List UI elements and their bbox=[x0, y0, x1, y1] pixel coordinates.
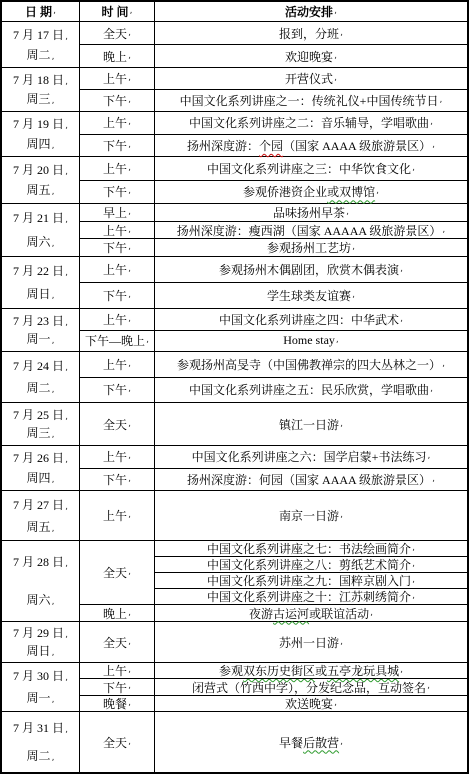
date-cell: 7 月 28 日,周六, bbox=[2, 541, 80, 621]
header-time: 时 间, bbox=[80, 2, 155, 21]
time-text: 晚上 bbox=[103, 48, 127, 65]
weekday-label: 周六, bbox=[27, 591, 55, 608]
date-cell: 7 月 27 日,周五, bbox=[2, 491, 80, 540]
slot-rows: 上午,中国文化系列讲座之六：国学启蒙+书法练习,下午,扬州深度游：何园（国家 A… bbox=[80, 446, 467, 490]
activity-text: 或联谊活动 bbox=[309, 605, 369, 622]
date-label: 7 月 23 日, bbox=[13, 312, 68, 329]
slot-rows: 上午,南京一日游, bbox=[80, 491, 467, 540]
activity-text: 报到，分班 bbox=[279, 25, 339, 42]
slot-rows: 全天,苏州一日游, bbox=[80, 622, 467, 662]
activity-column: 扬州深度游：瘦西湖（国家 AAAAA 级旅游景区）, bbox=[155, 222, 467, 239]
paragraph-mark: , bbox=[52, 597, 55, 607]
slot-row: 下午—晚上,Home stay, bbox=[80, 330, 467, 352]
activity-cell: 南京一日游, bbox=[155, 491, 467, 540]
time-text: 上午 bbox=[103, 356, 127, 373]
paragraph-mark: , bbox=[52, 753, 55, 763]
paragraph-mark: , bbox=[65, 673, 68, 683]
slot-rows: 上午,参观扬州高旻寺（中国佛教禅宗的四大丛林之一）,下午,中国文化系列讲座之五：… bbox=[80, 352, 467, 402]
activity-column: 闭营式（竹西中学），分发纪念品，互动签名, bbox=[155, 679, 467, 694]
activity-text: 中国文化系列讲座之九：国粹京剧入门 bbox=[207, 572, 411, 589]
slot-row: 下午,扬州深度游：个园（国家 AAAA 级旅游景区）, bbox=[80, 134, 467, 157]
paragraph-mark: , bbox=[128, 208, 131, 217]
header-activity: 活动安排, bbox=[155, 2, 467, 21]
time-text: 全天 bbox=[103, 734, 127, 751]
paragraph-mark: , bbox=[340, 29, 343, 38]
paragraph-mark: , bbox=[432, 475, 435, 484]
time-text: 上午 bbox=[103, 222, 127, 239]
activity-text: 双东历史街区 bbox=[243, 662, 315, 679]
paragraph-mark: , bbox=[427, 682, 430, 691]
time-cell: 上午, bbox=[80, 222, 155, 239]
time-text: 上午 bbox=[103, 261, 127, 278]
date-cell: 7 月 20 日,周五, bbox=[2, 157, 80, 203]
date-label: 7 月 27 日, bbox=[13, 496, 68, 513]
day-row: 7 月 26 日,周四,上午,中国文化系列讲座之六：国学启蒙+书法练习,下午,扬… bbox=[2, 445, 467, 490]
time-text: 下午 bbox=[103, 381, 127, 398]
weekday-label: 周三, bbox=[27, 90, 55, 107]
slot-row: 晚餐,欢送晚宴, bbox=[80, 695, 467, 711]
activity-text: 中国文化系列讲座之二：音乐辅导，学唱歌曲 bbox=[189, 114, 429, 131]
activity-text: 参观扬州工艺坊 bbox=[267, 239, 351, 256]
day-row: 7 月 24 日,周二,上午,参观扬州高旻寺（中国佛教禅宗的四大丛林之一）,下午… bbox=[2, 351, 467, 402]
time-text: 晚上 bbox=[103, 605, 127, 622]
day-row: 7 月 17 日,周二,全天,报到，分班,晚上,欢迎晚宴, bbox=[2, 21, 467, 67]
paragraph-mark: , bbox=[65, 725, 68, 735]
slot-row: 晚上,欢迎晚宴, bbox=[80, 44, 467, 67]
activity-column: 中国文化系列讲座之五：民乐欣赏，学唱歌曲, bbox=[155, 378, 467, 403]
activity-text: 扬州深度游：瘦西湖（国家 AAAAA 级旅游景区） bbox=[177, 222, 442, 239]
paragraph-mark: , bbox=[128, 164, 131, 173]
time-cell: 上午, bbox=[80, 68, 155, 89]
activity-text: 欢送晚宴 bbox=[285, 695, 333, 712]
activity-text: 中国文化系列讲座之八：剪纸艺术简介 bbox=[207, 556, 411, 573]
slot-row: 早上,品味扬州早茶, bbox=[80, 204, 467, 221]
date-text: 7 月 28 日 bbox=[13, 555, 64, 569]
paragraph-mark: , bbox=[65, 318, 68, 328]
weekday-label: 周五, bbox=[27, 181, 55, 198]
activity-text: 扬州深度游： bbox=[187, 137, 259, 154]
time-cell: 上午, bbox=[80, 257, 155, 282]
slot-row: 下午,参观扬州工艺坊, bbox=[80, 238, 467, 256]
activity-cell: 学生球类友谊赛, bbox=[155, 283, 467, 308]
date-label: 7 月 29 日, bbox=[13, 624, 68, 641]
paragraph-mark: , bbox=[128, 666, 131, 675]
time-text: 下午 bbox=[103, 679, 127, 696]
slot-row: 全天,中国文化系列讲座之七：书法绘画简介,中国文化系列讲座之八：剪纸艺术简介,中… bbox=[80, 541, 467, 604]
activity-cell: 夜游古运河或联谊活动, bbox=[155, 605, 467, 621]
slot-row: 全天,苏州一日游, bbox=[80, 622, 467, 662]
slot-row: 全天,镇江一日游, bbox=[80, 403, 467, 445]
time-cell: 下午, bbox=[80, 283, 155, 308]
weekday-label: 周二, bbox=[27, 379, 55, 396]
time-text: 下午 bbox=[103, 183, 127, 200]
paragraph-mark: , bbox=[52, 336, 55, 346]
slot-rows: 早上,品味扬州早茶,上午,扬州深度游：瘦西湖（国家 AAAAA 级旅游景区）,下… bbox=[80, 204, 467, 256]
activity-column: 中国文化系列讲座之七：书法绘画简介,中国文化系列讲座之八：剪纸艺术简介,中国文化… bbox=[155, 541, 467, 604]
activity-cell: 闭营式（竹西中学），分发纪念品，互动签名, bbox=[155, 679, 467, 694]
activity-column: 中国文化系列讲座之六：国学启蒙+书法练习, bbox=[155, 446, 467, 468]
activity-cell: 中国文化系列讲座之六：国学启蒙+书法练习, bbox=[155, 446, 467, 468]
time-cell: 下午, bbox=[80, 378, 155, 403]
activity-cell: 开营仪式, bbox=[155, 68, 467, 89]
time-text: 上午 bbox=[103, 662, 127, 679]
slot-row: 下午,闭营式（竹西中学），分发纪念品，互动签名, bbox=[80, 678, 467, 694]
date-text: 7 月 29 日 bbox=[13, 626, 64, 640]
activity-column: 参观扬州高旻寺（中国佛教禅宗的四大丛林之一）, bbox=[155, 352, 467, 377]
paragraph-mark: , bbox=[340, 738, 343, 747]
slot-row: 上午,中国文化系列讲座之三：中华饮食文化, bbox=[80, 157, 467, 180]
paragraph-mark: , bbox=[412, 560, 415, 569]
paragraph-mark: , bbox=[128, 682, 131, 691]
weekday-text: 周三 bbox=[27, 92, 51, 106]
day-row: 7 月 20 日,周五,上午,中国文化系列讲座之三：中华饮食文化,下午,参观侨港… bbox=[2, 156, 467, 203]
paragraph-mark: , bbox=[430, 385, 433, 394]
paragraph-mark: , bbox=[52, 524, 55, 534]
paragraph-mark: , bbox=[52, 430, 55, 440]
paragraph-mark: , bbox=[128, 96, 131, 105]
date-cell: 7 月 17 日,周二, bbox=[2, 22, 80, 67]
date-label: 7 月 24 日, bbox=[13, 357, 68, 374]
date-text: 7 月 30 日 bbox=[13, 669, 64, 683]
activity-column: 镇江一日游, bbox=[155, 403, 467, 445]
paragraph-mark: , bbox=[52, 52, 55, 62]
header-activity-label: 活动安排 bbox=[285, 3, 333, 20]
weekday-text: 周三 bbox=[27, 426, 51, 440]
paragraph-mark: , bbox=[442, 226, 445, 235]
activity-text: 苏州一日游 bbox=[279, 634, 339, 651]
time-text: 上午 bbox=[103, 507, 127, 524]
activity-text: 或 bbox=[315, 662, 327, 679]
weekday-text: 周一 bbox=[27, 332, 51, 346]
paragraph-mark: , bbox=[130, 7, 133, 16]
paragraph-mark: , bbox=[52, 475, 55, 485]
date-label: 7 月 22 日, bbox=[13, 262, 68, 279]
activity-cell: 参观扬州高旻寺（中国佛教禅宗的四大丛林之一）, bbox=[155, 352, 467, 377]
activity-cell: 参观侨港资企业或双博馆, bbox=[155, 181, 467, 204]
activity-column: 中国文化系列讲座之三：中华饮食文化, bbox=[155, 157, 467, 180]
slot-rows: 全天,中国文化系列讲座之七：书法绘画简介,中国文化系列讲座之八：剪纸艺术简介,中… bbox=[80, 541, 467, 621]
activity-column: 中国文化系列讲座之二：音乐辅导，学唱歌曲, bbox=[155, 112, 467, 134]
time-cell: 上午, bbox=[80, 491, 155, 540]
table-header-row: 日 期, 时 间, 活动安排, bbox=[2, 2, 467, 21]
weekday-label: 周四, bbox=[27, 469, 55, 486]
date-cell: 7 月 30 日,周一, bbox=[2, 663, 80, 711]
weekday-text: 周六 bbox=[27, 593, 51, 607]
paragraph-mark: , bbox=[427, 452, 430, 461]
activity-text: 参观扬州木偶剧团，欣赏木偶表演 bbox=[219, 261, 399, 278]
day-row: 7 月 18 日,周三,上午,开营仪式,下午,中国文化系列讲座之一：传统礼仪+中… bbox=[2, 67, 467, 111]
time-cell: 上午, bbox=[80, 446, 155, 468]
time-cell: 晚上, bbox=[80, 605, 155, 621]
paragraph-mark: , bbox=[430, 118, 433, 127]
time-text: 早上 bbox=[103, 204, 127, 221]
date-cell: 7 月 31 日,周二, bbox=[2, 712, 80, 772]
paragraph-mark: , bbox=[352, 291, 355, 300]
time-cell: 晚餐, bbox=[80, 696, 155, 711]
slot-row: 下午,中国文化系列讲座之五：民乐欣赏，学唱歌曲, bbox=[80, 377, 467, 403]
paragraph-mark: , bbox=[52, 385, 55, 395]
schedule-document: 日 期, 时 间, 活动安排, 7 月 17 日,周二,全天,报到，分班,晚上,… bbox=[0, 0, 469, 774]
slot-row: 上午,中国文化系列讲座之二：音乐辅导，学唱歌曲, bbox=[80, 112, 467, 134]
paragraph-mark: , bbox=[128, 74, 131, 83]
paragraph-mark: , bbox=[128, 609, 131, 618]
activity-column: 参观双东历史街区或五亭龙玩具城, bbox=[155, 663, 467, 678]
paragraph-mark: , bbox=[370, 609, 373, 618]
activity-cell: 中国文化系列讲座之十：江苏刺绣简介, bbox=[155, 588, 467, 604]
time-text: 全天 bbox=[103, 416, 127, 433]
activity-column: 参观扬州工艺坊, bbox=[155, 239, 467, 256]
date-text: 7 月 24 日 bbox=[13, 359, 64, 373]
activity-text: 开营仪式 bbox=[285, 70, 333, 87]
time-cell: 上午, bbox=[80, 309, 155, 330]
paragraph-mark: , bbox=[128, 187, 131, 196]
paragraph-mark: , bbox=[412, 592, 415, 601]
paragraph-mark: , bbox=[128, 315, 131, 324]
activity-cell: 报到，分班, bbox=[155, 22, 467, 44]
header-time-label: 时 间 bbox=[102, 3, 129, 20]
slot-row: 上午,参观双东历史街区或五亭龙玩具城, bbox=[80, 663, 467, 678]
weekday-label: 周三, bbox=[27, 424, 55, 441]
activity-column: 扬州深度游：何园（国家 AAAA 级旅游景区）, bbox=[155, 469, 467, 491]
activity-text: （国家 AAAA 级旅游景区） bbox=[283, 137, 431, 154]
time-cell: 下午, bbox=[80, 90, 155, 111]
activity-cell: 中国文化系列讲座之二：音乐辅导，学唱歌曲, bbox=[155, 112, 467, 134]
activity-cell: 参观扬州工艺坊, bbox=[155, 239, 467, 256]
activity-cell: 扬州深度游：何园（国家 AAAA 级旅游景区）, bbox=[155, 469, 467, 491]
activity-cell: 早餐后散营, bbox=[155, 712, 467, 772]
paragraph-mark: , bbox=[146, 336, 149, 345]
time-text: 下午—晚上 bbox=[85, 332, 145, 349]
activity-cell: 中国文化系列讲座之八：剪纸艺术简介, bbox=[155, 556, 467, 572]
activity-text: 南京一日游 bbox=[279, 507, 339, 524]
activity-cell: Home stay, bbox=[155, 331, 467, 352]
day-row: 7 月 29 日,周日,全天,苏州一日游, bbox=[2, 621, 467, 662]
weekday-text: 周二 bbox=[27, 749, 51, 763]
date-cell: 7 月 29 日,周日, bbox=[2, 622, 80, 662]
activity-cell: 镇江一日游, bbox=[155, 403, 467, 445]
activity-text: 中国文化系列讲座之三：中华饮食文化 bbox=[207, 160, 411, 177]
paragraph-mark: , bbox=[65, 268, 68, 278]
time-text: 下午 bbox=[103, 287, 127, 304]
date-cell: 7 月 25 日,周三, bbox=[2, 403, 80, 445]
paragraph-mark: , bbox=[52, 695, 55, 705]
activity-text: 闭营式（竹西中学），分发纪念品，互动签名 bbox=[192, 679, 426, 696]
activity-cell: 中国文化系列讲座之九：国粹京剧入门, bbox=[155, 572, 467, 588]
weekday-text: 周日 bbox=[27, 644, 51, 658]
time-text: 全天 bbox=[103, 634, 127, 651]
activity-text: 个园 bbox=[259, 137, 283, 154]
paragraph-mark: , bbox=[128, 265, 131, 274]
activity-column: 学生球类友谊赛, bbox=[155, 283, 467, 308]
date-cell: 7 月 21 日,周六, bbox=[2, 204, 80, 256]
paragraph-mark: , bbox=[412, 164, 415, 173]
date-text: 7 月 18 日 bbox=[13, 73, 64, 87]
paragraph-mark: , bbox=[52, 291, 55, 301]
paragraph-mark: , bbox=[400, 265, 403, 274]
activity-column: 报到，分班, bbox=[155, 22, 467, 44]
date-text: 7 月 31 日 bbox=[13, 721, 64, 735]
slot-row: 晚上,夜游古运河或联谊活动, bbox=[80, 604, 467, 621]
slot-row: 上午,扬州深度游：瘦西湖（国家 AAAAA 级旅游景区）, bbox=[80, 221, 467, 239]
time-text: 下午 bbox=[103, 471, 127, 488]
paragraph-mark: , bbox=[400, 315, 403, 324]
date-text: 7 月 27 日 bbox=[13, 498, 64, 512]
paragraph-mark: , bbox=[128, 699, 131, 708]
activity-column: 苏州一日游, bbox=[155, 622, 467, 662]
activity-cell: 中国文化系列讲座之一：传统礼仪+中国传统节日, bbox=[155, 90, 467, 111]
activity-cell: 欢送晚宴, bbox=[155, 696, 467, 711]
weekday-text: 周二 bbox=[27, 381, 51, 395]
date-label: 7 月 17 日, bbox=[13, 26, 68, 43]
time-cell: 下午—晚上, bbox=[80, 331, 155, 352]
time-cell: 全天, bbox=[80, 22, 155, 44]
activity-column: 中国文化系列讲座之一：传统礼仪+中国传统节日, bbox=[155, 90, 467, 111]
day-row: 7 月 23 日,周一,上午,中国文化系列讲座之四：中华武术,下午—晚上,Hom… bbox=[2, 308, 467, 351]
time-cell: 早上, bbox=[80, 204, 155, 221]
slot-rows: 上午,中国文化系列讲座之四：中华武术,下午—晚上,Home stay, bbox=[80, 309, 467, 351]
slot-rows: 上午,开营仪式,下午,中国文化系列讲座之一：传统礼仪+中国传统节日, bbox=[80, 68, 467, 111]
activity-cell: 参观双东历史街区或五亭龙玩具城, bbox=[155, 663, 467, 678]
weekday-label: 周二, bbox=[27, 747, 55, 764]
paragraph-mark: , bbox=[65, 121, 68, 131]
activity-column: 南京一日游, bbox=[155, 491, 467, 540]
time-cell: 下午, bbox=[80, 239, 155, 256]
weekday-label: 周五, bbox=[27, 518, 55, 535]
slot-row: 下午,参观侨港资企业或双博馆, bbox=[80, 180, 467, 204]
date-label: 7 月 25 日, bbox=[13, 406, 68, 423]
activity-column: 欢送晚宴, bbox=[155, 696, 467, 711]
activity-column: 中国文化系列讲座之四：中华武术, bbox=[155, 309, 467, 330]
paragraph-mark: , bbox=[340, 638, 343, 647]
slot-row: 下午,扬州深度游：何园（国家 AAAA 级旅游景区）, bbox=[80, 468, 467, 491]
weekday-label: 周六, bbox=[27, 233, 55, 250]
day-row: 7 月 31 日,周二,全天,早餐后散营, bbox=[2, 711, 467, 772]
date-cell: 7 月 22 日,周日, bbox=[2, 257, 80, 308]
activity-text: 五亭龙玩具城 bbox=[327, 662, 399, 679]
slot-row: 下午,学生球类友谊赛, bbox=[80, 282, 467, 308]
slot-rows: 全天,报到，分班,晚上,欢迎晚宴, bbox=[80, 22, 467, 67]
date-label: 7 月 26 日, bbox=[13, 449, 68, 466]
paragraph-mark: , bbox=[128, 638, 131, 647]
date-cell: 7 月 24 日,周二, bbox=[2, 352, 80, 402]
paragraph-mark: , bbox=[128, 568, 131, 577]
activity-text: 扬州深度游：何园（国家 AAAA 级旅游景区） bbox=[187, 471, 431, 488]
schedule-table: 日 期, 时 间, 活动安排, 7 月 17 日,周二,全天,报到，分班,晚上,… bbox=[0, 0, 469, 774]
table-body: 7 月 17 日,周二,全天,报到，分班,晚上,欢迎晚宴,7 月 18 日,周三… bbox=[2, 21, 467, 772]
slot-rows: 上午,中国文化系列讲座之三：中华饮食文化,下午,参观侨港资企业或双博馆, bbox=[80, 157, 467, 203]
activity-column: Home stay, bbox=[155, 331, 467, 352]
activity-text: 中国文化系列讲座之四：中华武术 bbox=[219, 311, 399, 328]
paragraph-mark: , bbox=[128, 452, 131, 461]
day-row: 7 月 21 日,周六,早上,品味扬州早茶,上午,扬州深度游：瘦西湖（国家 AA… bbox=[2, 203, 467, 256]
activity-column: 欢迎晚宴, bbox=[155, 45, 467, 67]
slot-row: 全天,早餐后散营, bbox=[80, 712, 467, 772]
date-label: 7 月 19 日, bbox=[13, 115, 68, 132]
activity-column: 品味扬州早茶, bbox=[155, 204, 467, 221]
day-row: 7 月 28 日,周六,全天,中国文化系列讲座之七：书法绘画简介,中国文化系列讲… bbox=[2, 540, 467, 621]
paragraph-mark: , bbox=[336, 336, 339, 345]
activity-text: 或双博馆 bbox=[327, 183, 375, 200]
paragraph-mark: , bbox=[128, 385, 131, 394]
date-cell: 7 月 26 日,周四, bbox=[2, 446, 80, 490]
time-text: 上午 bbox=[103, 311, 127, 328]
paragraph-mark: , bbox=[52, 648, 55, 658]
activity-text: Home stay bbox=[283, 333, 335, 348]
paragraph-mark: , bbox=[128, 29, 131, 38]
time-cell: 上午, bbox=[80, 112, 155, 134]
time-cell: 上午, bbox=[80, 157, 155, 180]
paragraph-mark: , bbox=[439, 96, 442, 105]
time-cell: 下午, bbox=[80, 135, 155, 157]
time-text: 全天 bbox=[103, 564, 127, 581]
activity-text: 品味扬州早茶 bbox=[273, 204, 345, 221]
weekday-text: 周四 bbox=[27, 471, 51, 485]
weekday-label: 周日, bbox=[27, 285, 55, 302]
date-text: 7 月 20 日 bbox=[13, 163, 64, 177]
slot-rows: 上午,参观扬州木偶剧团，欣赏木偶表演,下午,学生球类友谊赛, bbox=[80, 257, 467, 308]
time-text: 下午 bbox=[103, 137, 127, 154]
paragraph-mark: , bbox=[128, 475, 131, 484]
activity-cell: 中国文化系列讲座之四：中华武术, bbox=[155, 309, 467, 330]
time-cell: 下午, bbox=[80, 181, 155, 204]
weekday-label: 周一, bbox=[27, 330, 55, 347]
paragraph-mark: , bbox=[128, 291, 131, 300]
activity-cell: 扬州深度游：瘦西湖（国家 AAAAA 级旅游景区）, bbox=[155, 222, 467, 239]
paragraph-mark: , bbox=[400, 666, 403, 675]
date-cell: 7 月 23 日,周一, bbox=[2, 309, 80, 351]
slot-rows: 上午,中国文化系列讲座之二：音乐辅导，学唱歌曲,下午,扬州深度游：个园（国家 A… bbox=[80, 112, 467, 156]
activity-text: 参观 bbox=[219, 662, 243, 679]
paragraph-mark: , bbox=[65, 455, 68, 465]
activity-column: 参观侨港资企业或双博馆, bbox=[155, 181, 467, 204]
slot-row: 上午,中国文化系列讲座之六：国学启蒙+书法练习, bbox=[80, 446, 467, 468]
paragraph-mark: , bbox=[65, 32, 68, 42]
activity-text: 中国文化系列讲座之七：书法绘画简介 bbox=[207, 540, 411, 557]
date-text: 7 月 21 日 bbox=[13, 211, 64, 225]
activity-text: 参观扬州高旻寺（中国佛教禅宗的四大丛林之一） bbox=[177, 356, 441, 373]
slot-rows: 全天,镇江一日游, bbox=[80, 403, 467, 445]
paragraph-mark: , bbox=[65, 363, 68, 373]
paragraph-mark: , bbox=[128, 118, 131, 127]
activity-text: 中国文化系列讲座之一：传统礼仪+中国传统节日 bbox=[180, 92, 439, 109]
activity-text: 参观侨港资企业 bbox=[243, 183, 327, 200]
weekday-label: 周二, bbox=[27, 46, 55, 63]
weekday-text: 周一 bbox=[27, 691, 51, 705]
header-date: 日 期, bbox=[2, 2, 80, 21]
date-label: 7 月 18 日, bbox=[13, 71, 68, 88]
time-text: 上午 bbox=[103, 70, 127, 87]
time-text: 上午 bbox=[103, 160, 127, 177]
time-text: 下午 bbox=[103, 239, 127, 256]
slot-row: 全天,报到，分班, bbox=[80, 22, 467, 44]
time-cell: 晚上, bbox=[80, 45, 155, 67]
slot-row: 上午,南京一日游, bbox=[80, 491, 467, 540]
paragraph-mark: , bbox=[128, 738, 131, 747]
paragraph-mark: , bbox=[334, 7, 337, 16]
day-row: 7 月 30 日,周一,上午,参观双东历史街区或五亭龙玩具城,下午,闭营式（竹西… bbox=[2, 662, 467, 711]
weekday-label: 周一, bbox=[27, 689, 55, 706]
activity-cell: 中国文化系列讲座之五：民乐欣赏，学唱歌曲, bbox=[155, 378, 467, 403]
paragraph-mark: , bbox=[412, 576, 415, 585]
paragraph-mark: , bbox=[65, 559, 68, 569]
paragraph-mark: , bbox=[412, 544, 415, 553]
activity-text: 早餐 bbox=[279, 734, 303, 751]
date-cell: 7 月 18 日,周三, bbox=[2, 68, 80, 111]
activity-cell: 苏州一日游, bbox=[155, 622, 467, 662]
paragraph-mark: , bbox=[442, 360, 445, 369]
activity-text: 古运河 bbox=[273, 605, 309, 622]
paragraph-mark: , bbox=[65, 502, 68, 512]
